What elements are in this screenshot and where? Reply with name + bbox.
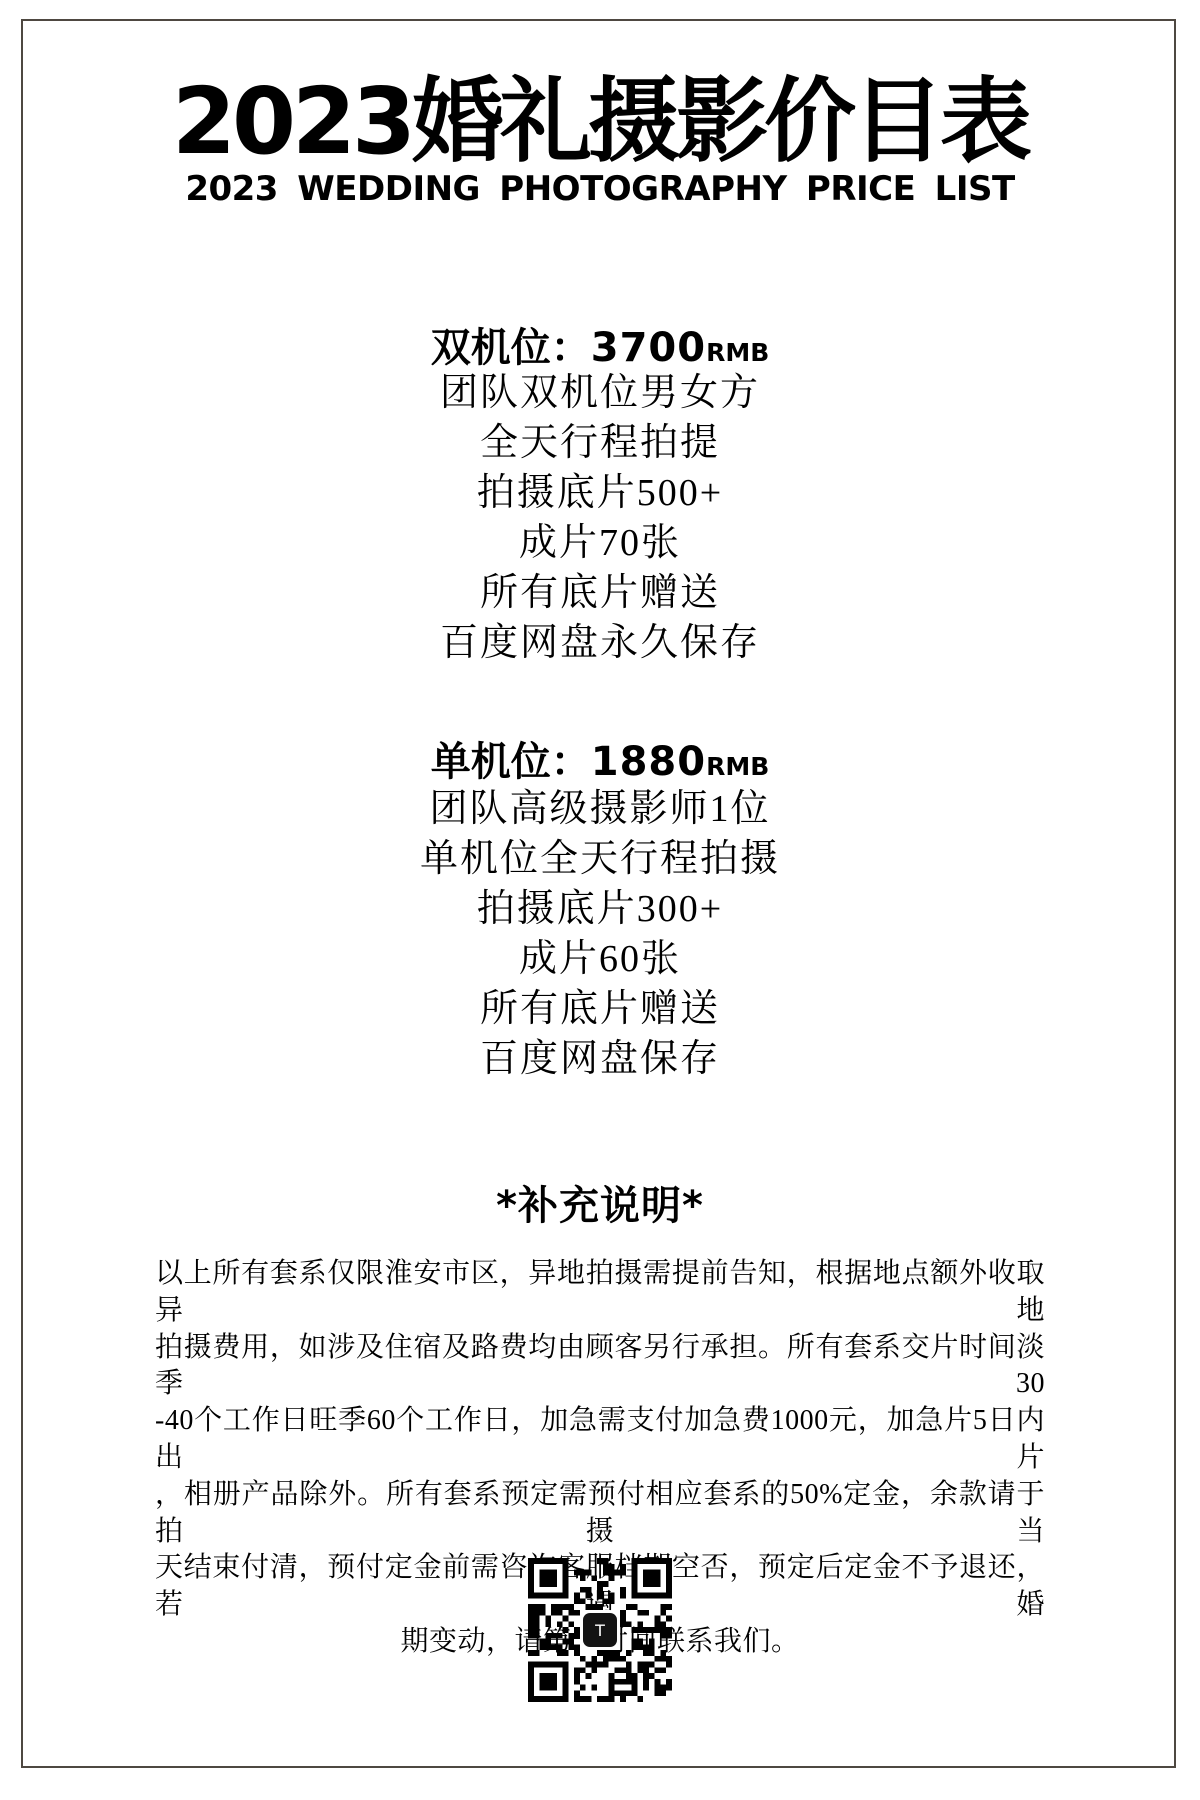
package-single-camera-header: 单机位：1880RMB (0, 742, 1200, 782)
package-single-camera-features: 团队高级摄影师1位 单机位全天行程拍摄 拍摄底片300+ 成片60张 所有底片赠… (0, 784, 1200, 1084)
feature-line: 拍摄底片500+ (0, 468, 1200, 518)
feature-line: 成片60张 (0, 934, 1200, 984)
feature-line: 百度网盘永久保存 (0, 618, 1200, 668)
feature-line: 团队双机位男女方 (0, 368, 1200, 418)
feature-line: 全天行程拍提 (0, 418, 1200, 468)
note-line: ，相册产品除外。所有套系预定需预付相应套系的50%定金，余款请于拍摄当 (155, 1477, 1045, 1551)
package-dual-camera-features: 团队双机位男女方 全天行程拍提 拍摄底片500+ 成片70张 所有底片赠送 百度… (0, 368, 1200, 668)
package-dual-camera-currency: RMB (706, 338, 769, 367)
package-single-camera-price: 1880 (591, 739, 706, 785)
feature-line: 成片70张 (0, 518, 1200, 568)
feature-line: 单机位全天行程拍摄 (0, 834, 1200, 884)
package-dual-camera-header: 双机位：3700RMB (0, 328, 1200, 368)
feature-line: 所有底片赠送 (0, 568, 1200, 618)
package-dual-camera-name: 双机位： (431, 325, 591, 371)
poster-title: 2023婚礼摄影价目表 (0, 76, 1200, 168)
feature-line: 团队高级摄影师1位 (0, 784, 1200, 834)
package-single-camera-currency: RMB (706, 752, 769, 781)
note-line: 拍摄费用，如涉及住宿及路费均由顾客另行承担。所有套系交片时间淡季30 (155, 1330, 1045, 1404)
note-line: -40个工作日旺季60个工作日，加急需支付加急费1000元，加急片5日内出片 (155, 1403, 1045, 1477)
note-line: 以上所有套系仅限淮安市区，异地拍摄需提前告知，根据地点额外收取异地 (155, 1256, 1045, 1330)
package-single-camera-name: 单机位： (431, 739, 591, 785)
qr-center-logo: T (583, 1613, 617, 1647)
qr-center-logo-label: T (595, 1621, 605, 1640)
feature-line: 拍摄底片300+ (0, 884, 1200, 934)
feature-line: 百度网盘保存 (0, 1034, 1200, 1084)
notes-heading: *补充说明* (0, 1186, 1200, 1226)
feature-line: 所有底片赠送 (0, 984, 1200, 1034)
poster-subtitle: 2023 WEDDING PHOTOGRAPHY PRICE LIST (0, 172, 1200, 206)
qr-code: T (528, 1558, 672, 1702)
package-dual-camera-price: 3700 (591, 325, 706, 371)
